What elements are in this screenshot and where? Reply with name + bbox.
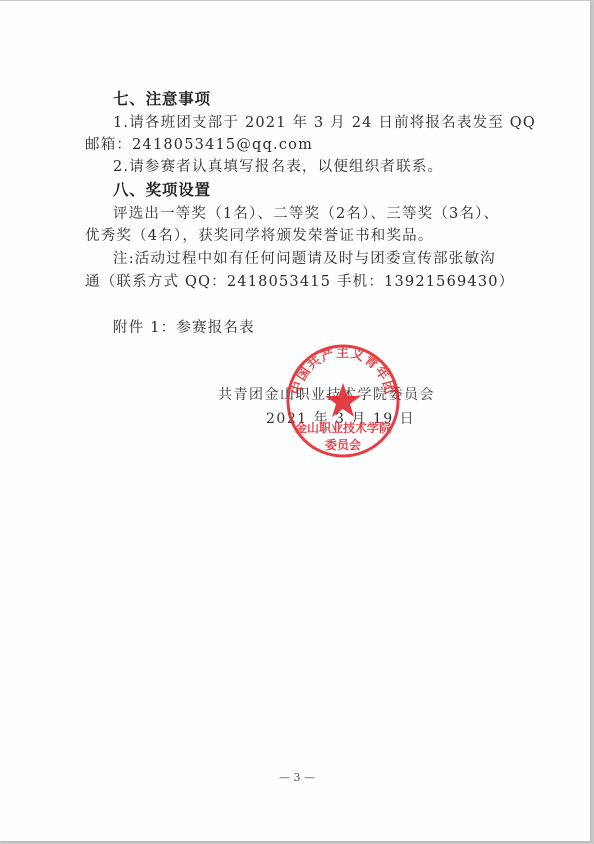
- section-7-item-1-line-1: 1.请各班团支部于 2021 年 3 月 24 日前将报名表发至 QQ: [113, 113, 536, 133]
- signature-organization: 共青团金山职业技术学院委员会: [218, 385, 435, 405]
- awards-line-2: 优秀奖（4名），获奖同学将颁发荣誉证书和奖品。: [85, 226, 434, 246]
- section-7-heading: 七、注意事项: [113, 89, 211, 109]
- attachment-label: 附件 1：参赛报名表: [113, 318, 255, 338]
- page-number: — 3 —: [0, 771, 594, 784]
- note-line-2: 通（联系方式 QQ：2418053415 手机：13921569430）: [85, 272, 514, 292]
- document-page: 七、注意事项 1.请各班团支部于 2021 年 3 月 24 日前将报名表发至 …: [0, 1, 590, 841]
- section-7-item-1-line-2: 邮箱：2418053415@qq.com: [85, 135, 313, 155]
- seal-inner-line-2: 委员会: [325, 437, 361, 452]
- awards-line-1: 评选出一等奖（1名）、二等奖（2名）、三等奖（3名）、: [113, 204, 499, 224]
- note-line-1: 注:活动过程中如有任何问题请及时与团委宣传部张敏沟: [113, 249, 496, 269]
- section-7-item-2: 2.请参赛者认真填写报名表，以便组织者联系。: [113, 157, 443, 177]
- signature-date: 2021 年 3 月 19 日: [266, 409, 415, 429]
- section-8-heading: 八、奖项设置: [113, 180, 211, 200]
